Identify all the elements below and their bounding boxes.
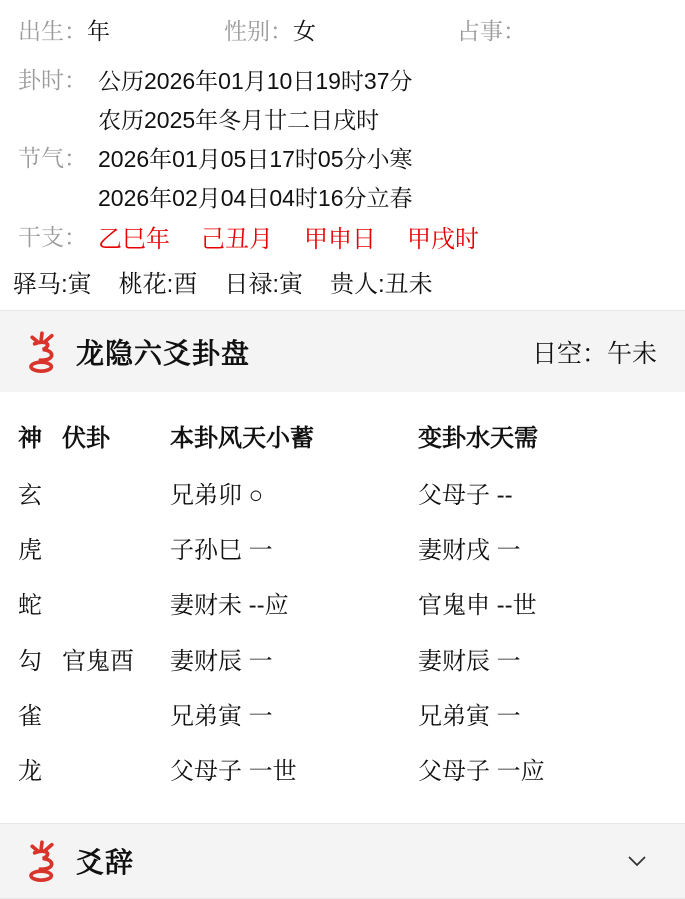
row-ben: 兄弟卯 ○ xyxy=(170,475,418,510)
hexagram-app-page: 出生：年性别：女占事： 卦时： 公历2026年01月10日19时37分 农历20… xyxy=(0,0,685,899)
table-row: 蛇 妻财未 --应 官鬼申 --世 xyxy=(0,585,685,620)
row-bian: 官鬼申 --世 xyxy=(418,585,685,620)
gender-value[interactable]: 女 xyxy=(293,13,457,46)
table-row: 玄 兄弟卯 ○ 父母子 -- xyxy=(0,475,685,510)
yima-item: 驿马:寅 xyxy=(13,264,92,299)
row-god: 玄 xyxy=(18,475,62,510)
header-ben-gua: 本卦风天小蓄 xyxy=(170,418,418,453)
hexagram-table-header: 神 伏卦 本卦风天小蓄 变卦水天需 xyxy=(0,418,685,453)
guashi-lunar: 农历2025年冬月廿二日戌时 xyxy=(98,101,413,140)
gua-section-title: 龙隐六爻卦盘 xyxy=(76,332,250,372)
jieqi-label: 节气： xyxy=(18,140,87,173)
row-bian: 妻财戌 一 xyxy=(418,530,685,565)
row-ben: 妻财未 --应 xyxy=(170,585,418,620)
table-row: 勾 官鬼酉 妻财辰 一 妻财辰 一 xyxy=(0,641,685,676)
yaoci-section-header[interactable]: 爻辞 xyxy=(0,823,685,899)
row-bian: 兄弟寅 一 xyxy=(418,696,685,731)
birth-value[interactable]: 年 xyxy=(87,13,224,46)
guashi-label: 卦时： xyxy=(18,62,87,95)
table-row: 龙 父母子 一世 父母子 一应 xyxy=(0,751,685,786)
rikong-label: 日空： xyxy=(532,340,607,368)
birth-label: 出生： xyxy=(18,13,87,46)
jieqi-lichun: 2026年02月04日04时16分立春 xyxy=(98,179,413,218)
birth-gender-topic-row: 出生：年性别：女占事： xyxy=(18,13,526,46)
header-god: 神 xyxy=(18,418,62,453)
ganzhi-row: 乙巳年 己丑月 甲申日 甲戌时 xyxy=(98,219,479,254)
row-bian: 父母子 一应 xyxy=(418,751,685,786)
row-bian: 妻财辰 一 xyxy=(418,641,685,676)
dragon-seal-icon xyxy=(24,839,60,883)
guashi-solar: 公历2026年01月10日19时37分 xyxy=(98,62,413,101)
gender-label: 性别： xyxy=(224,13,293,46)
yaoci-section-title: 爻辞 xyxy=(76,841,134,881)
rilu-item: 日禄:寅 xyxy=(224,264,303,299)
row-bian: 父母子 -- xyxy=(418,475,685,510)
guashi-lines: 公历2026年01月10日19时37分 农历2025年冬月廿二日戌时 xyxy=(98,62,413,140)
row-god: 雀 xyxy=(18,696,62,731)
ganzhi-year: 乙巳年 xyxy=(98,219,170,254)
row-god: 勾 xyxy=(18,641,62,676)
row-god: 龙 xyxy=(18,751,62,786)
row-ben: 妻财辰 一 xyxy=(170,641,418,676)
header-hidden: 伏卦 xyxy=(62,418,170,453)
row-hidden xyxy=(62,751,170,786)
topic-label: 占事： xyxy=(457,13,526,46)
row-god: 虎 xyxy=(18,530,62,565)
row-hidden xyxy=(62,475,170,510)
ganzhi-label: 干支： xyxy=(18,219,87,252)
table-row: 雀 兄弟寅 一 兄弟寅 一 xyxy=(0,696,685,731)
ganzhi-hour: 甲戌时 xyxy=(407,219,479,254)
row-ben: 兄弟寅 一 xyxy=(170,696,418,731)
ganzhi-month: 己丑月 xyxy=(201,219,273,254)
row-hidden xyxy=(62,530,170,565)
row-god: 蛇 xyxy=(18,585,62,620)
rikong-value: 午未 xyxy=(607,340,657,368)
header-bian-gua: 变卦水天需 xyxy=(418,418,685,453)
table-row: 虎 子孙巳 一 妻财戌 一 xyxy=(0,530,685,565)
guiren-item: 贵人:丑未 xyxy=(330,264,433,299)
row-ben: 子孙巳 一 xyxy=(170,530,418,565)
ganzhi-day: 甲申日 xyxy=(304,219,376,254)
row-hidden: 官鬼酉 xyxy=(62,641,170,676)
row-hidden xyxy=(62,585,170,620)
jieqi-lines: 2026年01月05日17时05分小寒 2026年02月04日04时16分立春 xyxy=(98,140,413,218)
row-ben: 父母子 一世 xyxy=(170,751,418,786)
shensha-row: 驿马:寅 桃花:酉 日禄:寅 贵人:丑未 xyxy=(13,264,433,299)
jieqi-xiaohan: 2026年01月05日17时05分小寒 xyxy=(98,140,413,179)
rikong-text: 日空：午未 xyxy=(532,334,657,370)
chevron-down-icon[interactable] xyxy=(627,855,647,867)
gua-section-header: 龙隐六爻卦盘 日空：午未 xyxy=(0,310,685,392)
dragon-seal-icon xyxy=(24,330,60,374)
taohua-item: 桃花:酉 xyxy=(119,264,198,299)
row-hidden xyxy=(62,696,170,731)
